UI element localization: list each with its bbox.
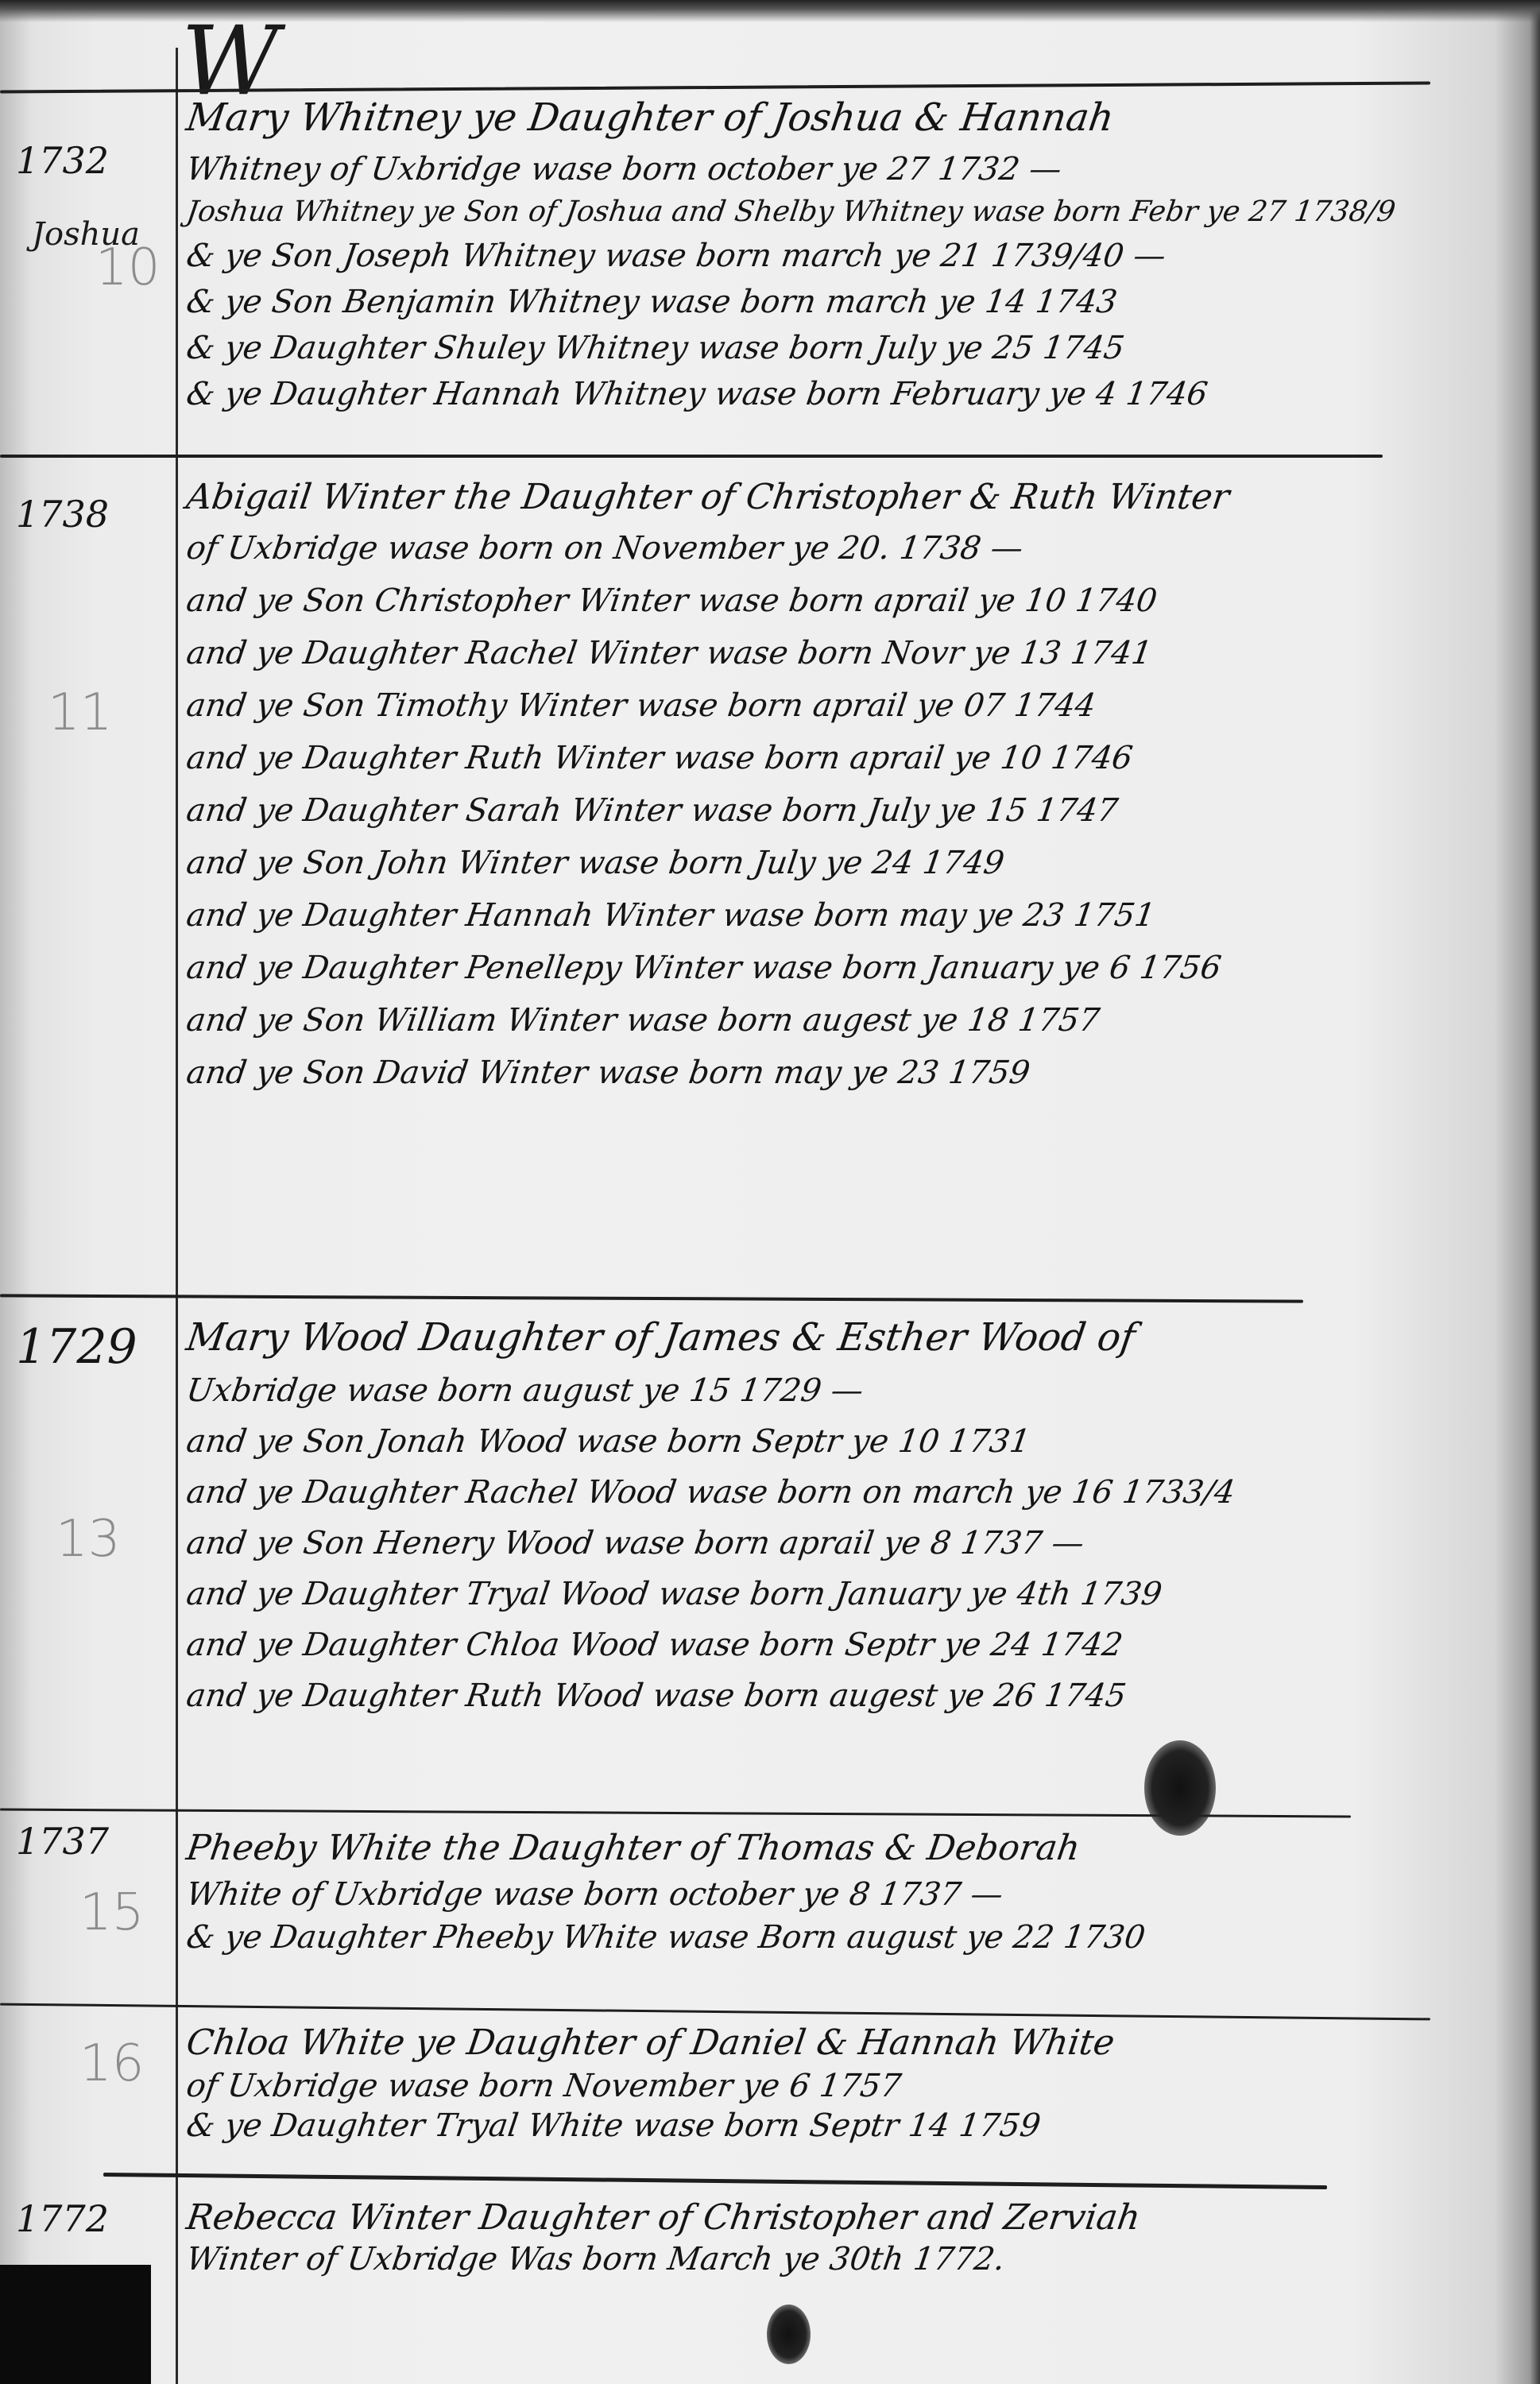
entry-line: of Uxbridge wase born November ye 6 1757: [184, 2068, 1492, 2104]
divider-rule-5: [103, 2173, 1327, 2189]
entry-line: and ye Daughter Sarah Winter wase born J…: [184, 792, 1492, 829]
entry-year: 1732: [16, 139, 167, 182]
pencil-number: 16: [79, 2034, 144, 2093]
entry-line: Rebecca Winter Daughter of Christopher a…: [184, 2197, 1492, 2238]
entry-year: 1772: [16, 2197, 167, 2240]
ink-blot: [767, 2305, 811, 2364]
entry-line: Pheeby White the Daughter of Thomas & De…: [184, 1828, 1492, 1868]
entry-line: & ye Daughter Tryal White wase born Sept…: [184, 2107, 1492, 2144]
page-corner-shadow: [0, 2265, 151, 2384]
divider-rule-4: [0, 2003, 1430, 2021]
entry-year: 1738: [16, 493, 167, 536]
entry-line: and ye Son Jonah Wood wase born Septr ye…: [184, 1423, 1492, 1460]
divider-rule-2: [0, 1294, 1303, 1302]
register-entry: Rebecca Winter Daughter of Christopher a…: [187, 2197, 1490, 2278]
pencil-number: 10: [95, 238, 160, 297]
entry-line: Mary Whitney ye Daughter of Joshua & Han…: [184, 95, 1493, 140]
entry-line: Mary Wood Daughter of James & Esther Woo…: [184, 1315, 1493, 1360]
entry-line: White of Uxbridge wase born october ye 8…: [184, 1876, 1492, 1913]
entry-line: and ye Daughter Penellepy Winter wase bo…: [184, 950, 1492, 986]
entry-line: & ye Daughter Shuley Whitney wase born J…: [184, 330, 1492, 366]
entry-line: and ye Daughter Tryal Wood wase born Jan…: [184, 1576, 1492, 1612]
register-entry: Mary Whitney ye Daughter of Joshua & Han…: [187, 95, 1490, 412]
register-entry: Pheeby White the Daughter of Thomas & De…: [187, 1828, 1490, 1956]
entry-year: 1737: [16, 1820, 167, 1863]
entry-line: and ye Daughter Rachel Wood wase born on…: [184, 1474, 1492, 1511]
entry-line: and ye Daughter Chloa Wood wase born Sep…: [184, 1627, 1492, 1663]
divider-rule-1: [0, 455, 1383, 458]
entry-line: & ye Son Benjamin Whitney wase born marc…: [184, 284, 1492, 320]
entry-year: 1729: [16, 1319, 167, 1375]
entry-line: and ye Daughter Ruth Wood wase born auge…: [184, 1678, 1492, 1714]
entry-line: and ye Daughter Rachel Winter wase born …: [184, 635, 1492, 671]
entry-line: and ye Daughter Ruth Winter wase born ap…: [184, 740, 1492, 776]
entry-line: Abigail Winter the Daughter of Christoph…: [184, 477, 1492, 517]
register-entry: Abigail Winter the Daughter of Christoph…: [187, 477, 1490, 1091]
pencil-number: 13: [56, 1510, 120, 1569]
entry-line: and ye Son David Winter wase born may ye…: [184, 1055, 1492, 1091]
entry-line: Uxbridge wase born august ye 15 1729 —: [184, 1372, 1492, 1409]
register-entry: Chloa White ye Daughter of Daniel & Hann…: [187, 2022, 1490, 2144]
entry-line: Chloa White ye Daughter of Daniel & Hann…: [184, 2022, 1492, 2063]
entry-line: and ye Daughter Hannah Winter wase born …: [184, 897, 1492, 934]
pencil-number: 11: [48, 683, 112, 742]
entry-line: & ye Daughter Hannah Whitney wase born F…: [184, 376, 1492, 412]
entry-line: and ye Son Henery Wood wase born aprail …: [184, 1525, 1492, 1562]
entry-line: Whitney of Uxbridge wase born october ye…: [184, 151, 1492, 188]
margin-rule: [176, 48, 178, 2384]
entry-line: and ye Son John Winter wase born July ye…: [184, 845, 1492, 881]
entry-line: and ye Son Timothy Winter wase born apra…: [184, 687, 1492, 724]
entry-line: Joshua Whitney ye Son of Joshua and Shel…: [184, 195, 1492, 228]
entry-line: and ye Son Christopher Winter wase born …: [184, 582, 1492, 619]
entry-line: & ye Son Joseph Whitney wase born march …: [184, 238, 1492, 274]
pencil-number: 15: [79, 1883, 144, 1942]
entry-line: of Uxbridge wase born on November ye 20.…: [184, 530, 1492, 567]
entry-line: and ye Son William Winter wase born auge…: [184, 1002, 1492, 1039]
register-page: W 1732 Joshua 10 Mary Whitney ye Daughte…: [0, 0, 1540, 2384]
entry-line: Winter of Uxbridge Was born March ye 30t…: [184, 2241, 1492, 2278]
ink-blot: [1144, 1740, 1216, 1836]
entry-line: & ye Daughter Pheeby White wase Born aug…: [184, 1919, 1492, 1956]
register-entry: Mary Wood Daughter of James & Esther Woo…: [187, 1315, 1490, 1714]
